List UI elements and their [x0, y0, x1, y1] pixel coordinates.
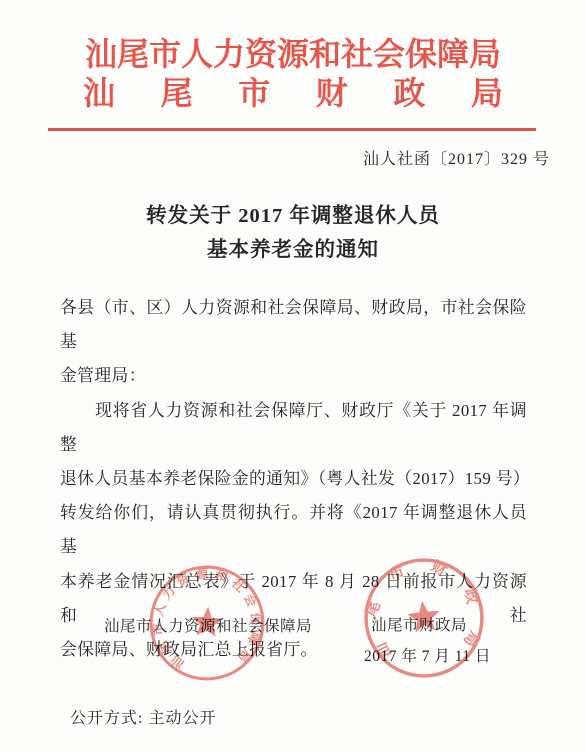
body-line: 退休人员基本养老保险金的通知》（粤人社发（2017）159 号）: [60, 462, 527, 496]
document-title-line1: 转发关于 2017 年调整退休人员: [0, 199, 586, 233]
document-title-line2: 基本养老金的通知: [0, 233, 586, 267]
body-line: 金管理局：: [60, 359, 527, 393]
seal-star-icon: [406, 599, 442, 633]
agency-name-line2: 汕尾市财政局: [83, 74, 503, 112]
body-line: 现将省人力资源和社会保障厅、财政厅《关于 2017 年调整: [60, 394, 527, 462]
letterhead-divider: [48, 128, 536, 131]
agency-name-line1: 汕尾市人力资源和社会保障局: [83, 34, 503, 74]
letterhead: 汕尾市人力资源和社会保障局 汕尾市财政局: [83, 34, 503, 112]
official-seal-finance-bureau-icon: 汕尾市财政局: [361, 555, 487, 681]
body-line: 各县（市、区）人力资源和社会保障局、财政局，市社会保险基: [60, 291, 527, 359]
document-number: 汕人社函〔2017〕329 号: [363, 146, 550, 169]
disclosure-method: 公开方式: 主动公开: [70, 705, 216, 728]
official-seal-hr-bureau-icon: 汕尾市人力资源和社会保障局: [142, 558, 272, 688]
document-title: 转发关于 2017 年调整退休人员 基本养老金的通知: [0, 199, 586, 267]
official-document-page: 汕尾市人力资源和社会保障局 汕尾市财政局 汕人社函〔2017〕329 号 转发关…: [0, 0, 586, 751]
seal-star-icon: [191, 606, 224, 637]
